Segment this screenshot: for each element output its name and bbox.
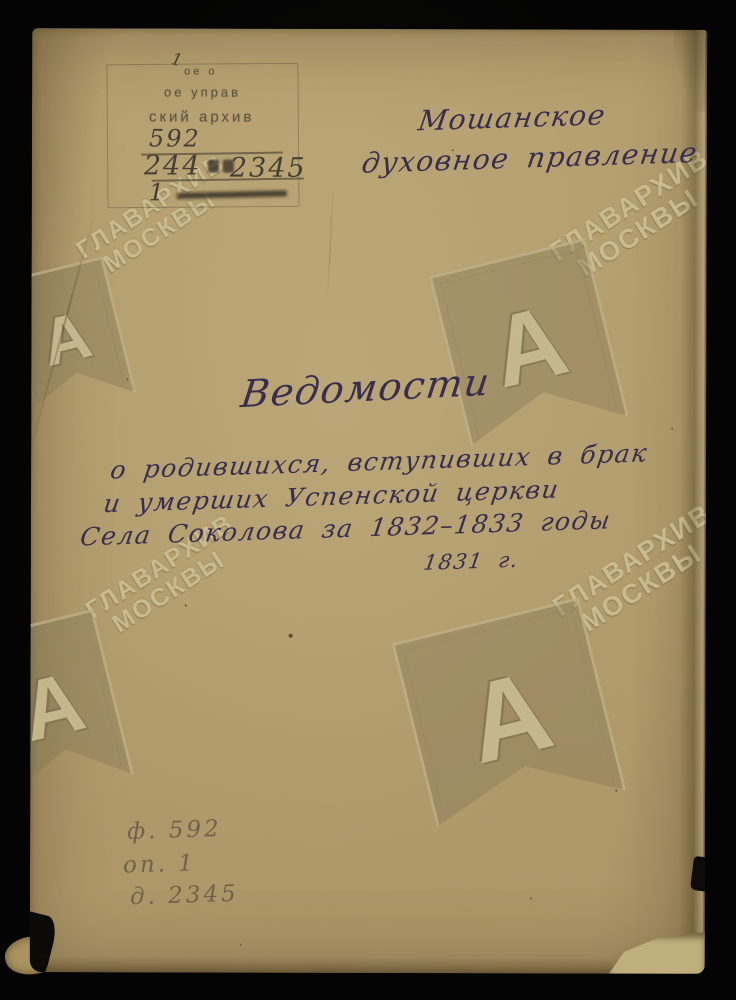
overstamp-mark [208,160,219,173]
logo-letter: А [480,282,578,411]
header-line-1: Мошанское [416,98,608,137]
scan-frame: ГЛАВАРХИВ МОСКВЫ А ГЛАВАРХИВ МОСКВЫ А ГЛ… [0,0,736,1000]
corner-tear [30,911,60,973]
page-edge-shading [30,956,705,974]
opis-number: 244 [144,150,202,181]
stamp-text-line: ое управ [164,84,241,99]
stamp-text-line: ский архив [149,108,254,125]
document-page: ГЛАВАРХИВ МОСКВЫ А ГЛАВАРХИВ МОСКВЫ А ГЛ… [30,28,707,974]
edge-tear-notch [690,856,707,892]
paper-specks [32,28,34,30]
torn-corner-flap [609,932,705,974]
corner-fold [674,30,707,112]
stamp-row3-number: 1 [149,178,166,206]
pencil-fond-ref: ф. 592 [127,816,222,845]
pencil-delo-ref: д. 2345 [130,881,240,910]
fond-number: 592 [149,124,201,152]
logo-letter: А [454,645,563,790]
subtitle-line-1: о родившихся, вступивших в брак [109,438,651,484]
stamp-text-line: ое о [184,66,217,78]
delo-number: 2345 [230,153,307,184]
pencil-opis-ref: оп. 1 [123,850,197,878]
page-title: Ведомости [239,360,494,416]
logo-letter: А [30,652,94,761]
logo-letter: А [34,295,98,380]
subtitle-line-4: 1831 г. [422,548,521,575]
paper-crease [326,187,334,307]
